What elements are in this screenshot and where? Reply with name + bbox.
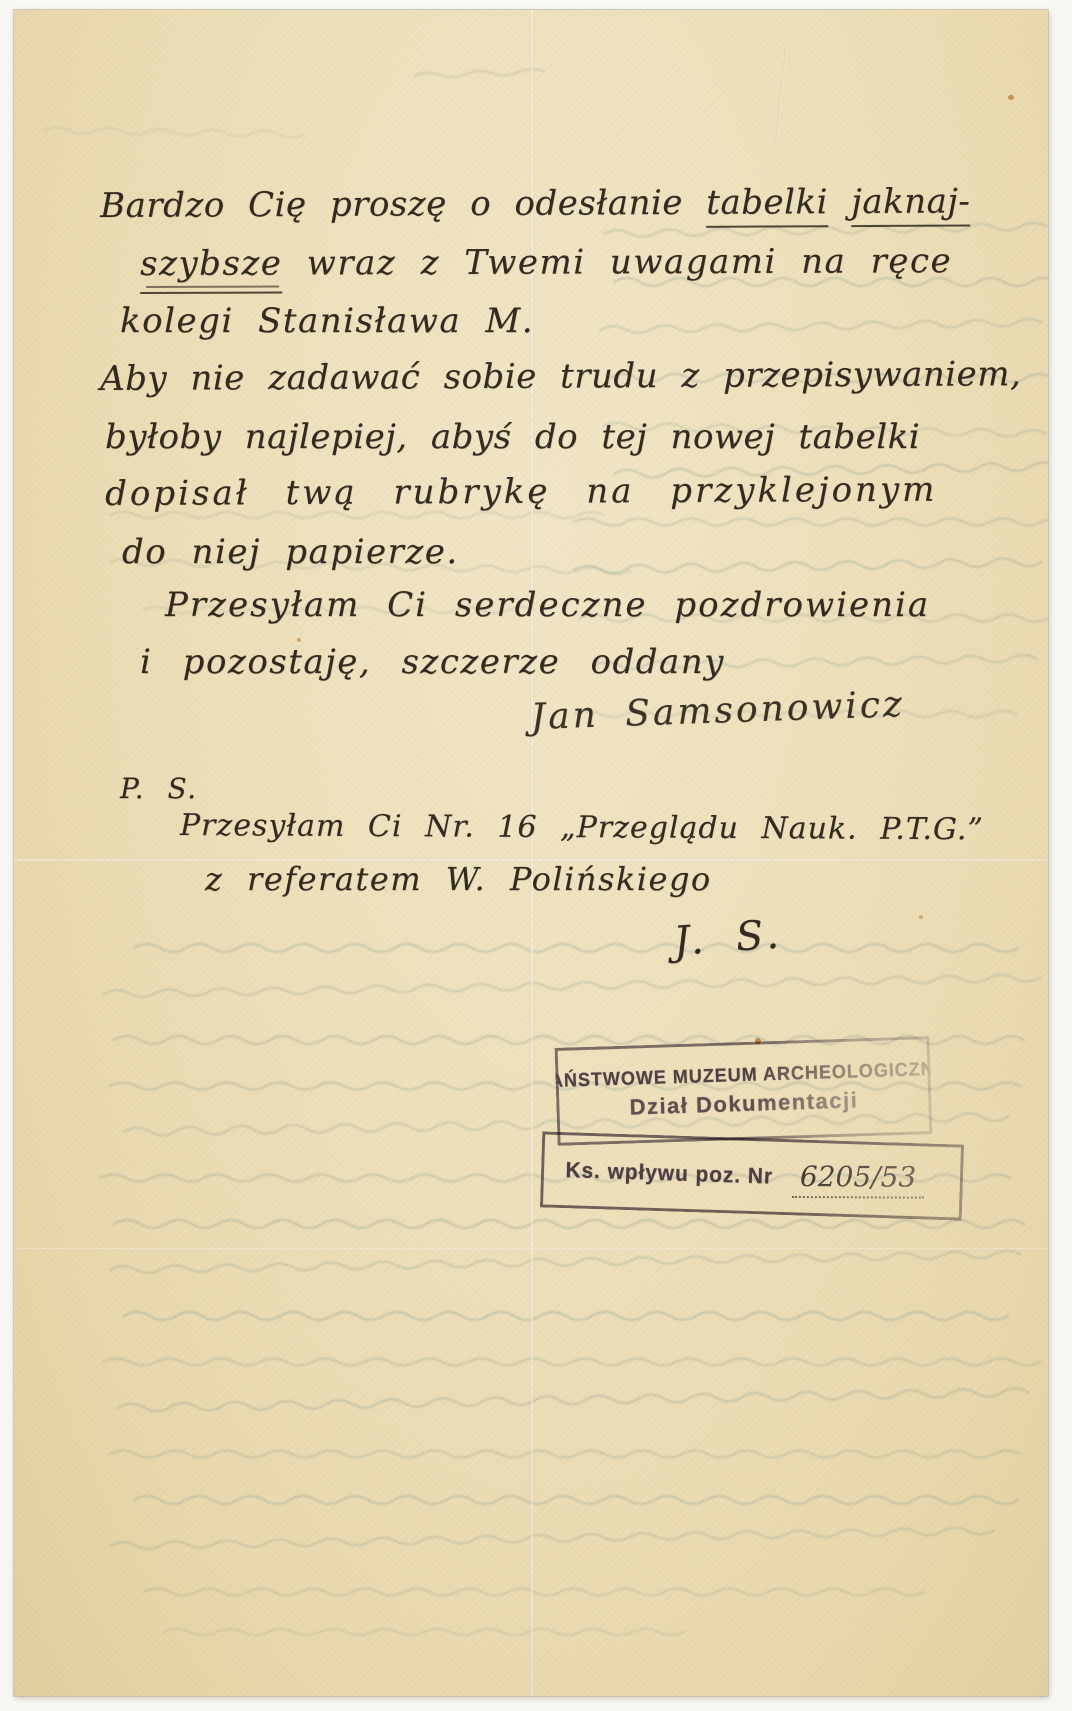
postscript-label: P. S. <box>120 772 198 806</box>
museum-stamp-department: Dział Dokumentacji <box>629 1087 858 1120</box>
underlined-word-jaknaj: jaknaj- <box>851 181 970 227</box>
museum-stamp-name: PAŃSTWOWE MUZEUM ARCHEOLOGICZNE <box>538 1059 948 1094</box>
letter-line-1-space <box>828 182 852 222</box>
letter-paper: Bardzo Cię proszę o odesłanie tabelki ja… <box>14 10 1048 1696</box>
foxing-speck <box>1008 95 1014 100</box>
museum-stamp: PAŃSTWOWE MUZEUM ARCHEOLOGICZNE Dział Do… <box>555 1036 933 1146</box>
letter-line-3: kolegi Stanisława M. <box>120 301 534 342</box>
registry-stamp: Ks. wpływu poz. Nr 6205/53 <box>540 1131 964 1220</box>
postscript-line-1: Przesyłam Ci Nr. 16 „Przeglądu Nauk. P.T… <box>180 808 984 848</box>
fold-crease-horizontal-lower <box>14 1247 1048 1250</box>
registry-number-handwritten: 6205/53 <box>792 1160 925 1199</box>
letter-line-8: Przesyłam Ci serdeczne pozdrowienia <box>165 585 930 626</box>
registry-stamp-label: Ks. wpływu poz. Nr <box>565 1157 773 1190</box>
underlined-word-tabelki: tabelki <box>706 182 828 228</box>
postscript-line-2: z referatem W. Polińskiego <box>205 860 712 898</box>
letter-line-9: i pozostaję, szczerze oddany <box>140 642 725 683</box>
letter-line-5: byłoby najlepiej, abyś do tej nowej tabe… <box>105 417 920 458</box>
letter-line-6: dopisał twą rubrykę na przyklejonym <box>105 470 937 515</box>
letter-line-2-text: wraz z Twemi uwagami na ręce <box>282 241 952 283</box>
letter-line-2: szybsze wraz z Twemi uwagami na ręce <box>140 241 952 285</box>
letter-line-4: Aby nie zadawać sobie trudu z przepisywa… <box>100 354 1021 400</box>
letter-line-1-text: Bardzo Cię proszę o odesłanie <box>100 183 706 226</box>
underlined-word-szybsze: szybsze <box>140 244 283 294</box>
postscript-initials: J. S. <box>672 910 784 965</box>
foxing-speck <box>919 915 923 919</box>
letter-line-7: do niej papierze. <box>122 532 459 573</box>
letter-line-1: Bardzo Cię proszę o odesłanie tabelki ja… <box>100 181 970 226</box>
scan-background: Bardzo Cię proszę o odesłanie tabelki ja… <box>0 0 1072 1711</box>
